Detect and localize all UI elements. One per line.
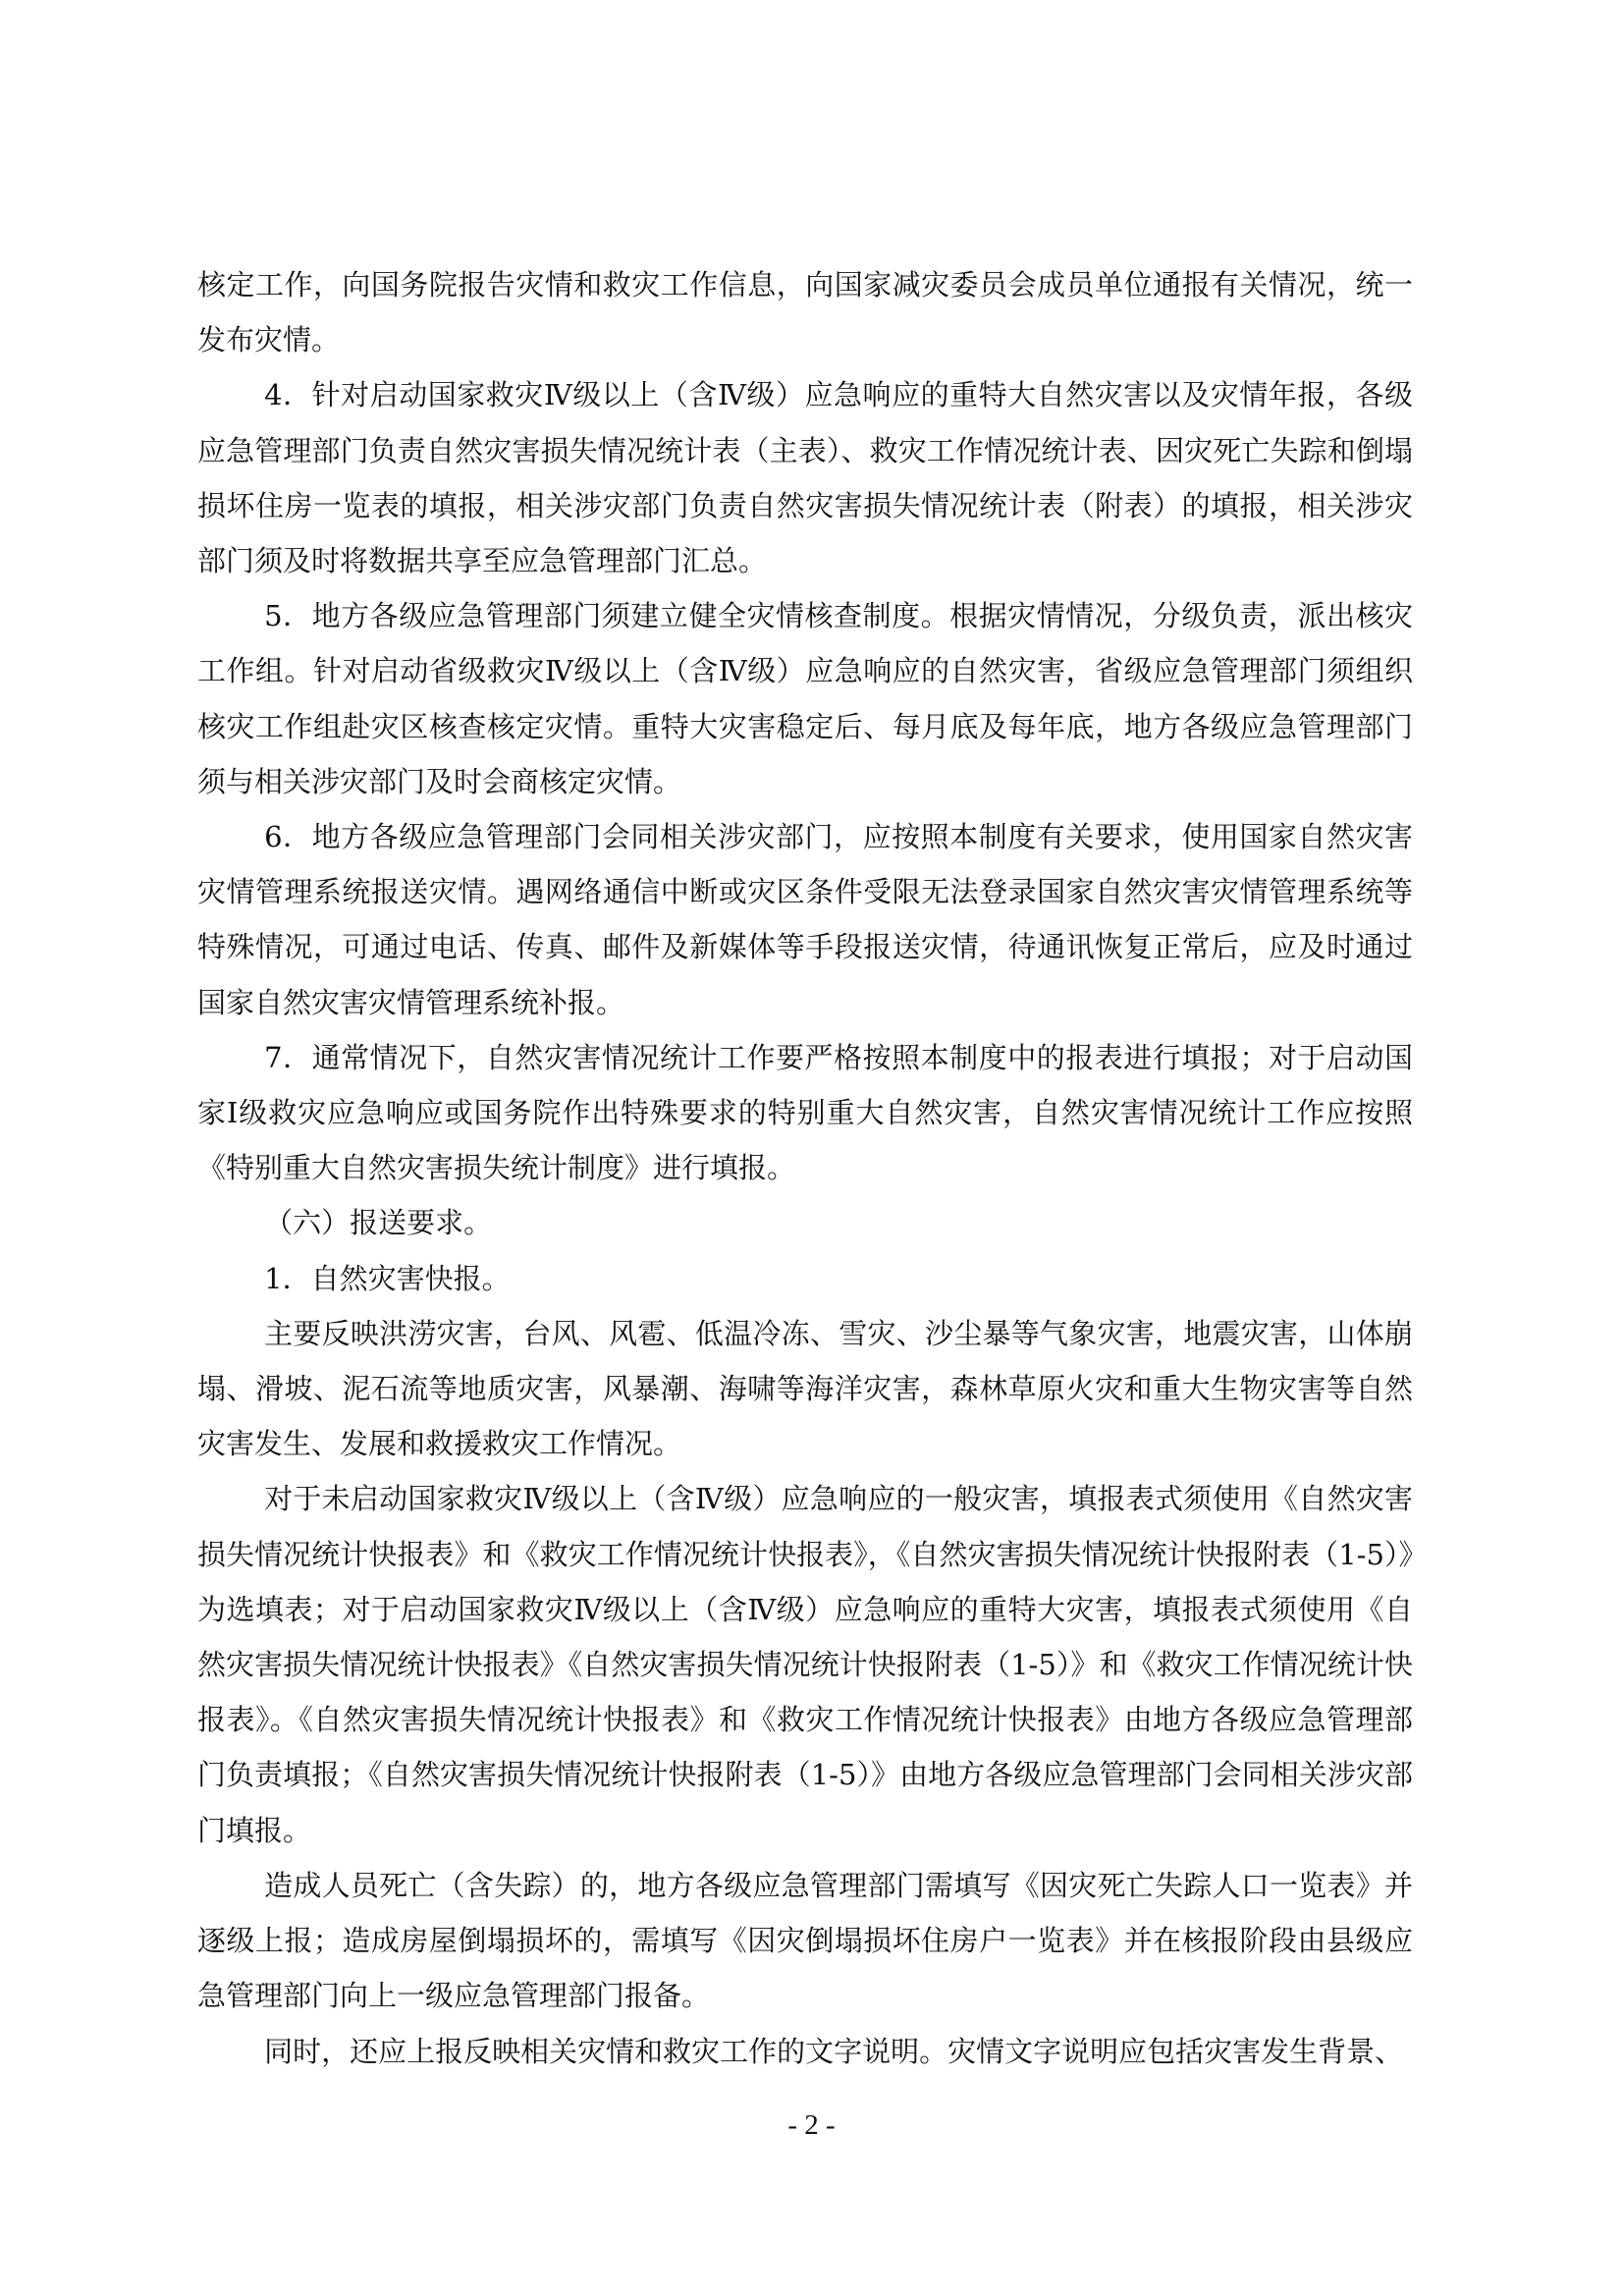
section-heading-reporting-requirements: （六）报送要求。 xyxy=(197,1195,1413,1250)
paragraph-scope: 主要反映洪涝灾害，台风、风雹、低温冷冻、雪灾、沙尘暴等气象灾害，地震灾害，山体崩… xyxy=(197,1306,1413,1472)
paragraph-text-description: 同时，还应上报反映相关灾情和救灾工作的文字说明。灾情文字说明应包括灾害发生背景、 xyxy=(197,2024,1413,2079)
paragraph-casualty-reporting: 造成人员死亡（含失踪）的，地方各级应急管理部门需填写《因灾死亡失踪人口一览表》并… xyxy=(197,1858,1413,2024)
paragraph-form-usage: 对于未启动国家救灾Ⅳ级以上（含Ⅳ级）应急响应的一般灾害，填报表式须使用《自然灾害… xyxy=(197,1471,1413,1857)
paragraph-continuation: 核定工作，向国务院报告灾情和救灾工作信息，向国家减灾委员会成员单位通报有关情况，… xyxy=(197,257,1413,367)
paragraph-item-6: 6．地方各级应急管理部门会同相关涉灾部门，应按照本制度有关要求，使用国家自然灾害… xyxy=(197,809,1413,1030)
page-number: - 2 - xyxy=(0,2109,1623,2142)
paragraph-item-5: 5．地方各级应急管理部门须建立健全灾情核查制度。根据灾情情况，分级负责，派出核灾… xyxy=(197,588,1413,809)
document-body: 核定工作，向国务院报告灾情和救灾工作信息，向国家减灾委员会成员单位通报有关情况，… xyxy=(197,257,1413,2079)
paragraph-item-4: 4．针对启动国家救灾Ⅳ级以上（含Ⅳ级）应急响应的重特大自然灾害以及灾情年报，各级… xyxy=(197,367,1413,588)
paragraph-item-7: 7．通常情况下，自然灾害情况统计工作要严格按照本制度中的报表进行填报；对于启动国… xyxy=(197,1030,1413,1196)
subheading-disaster-flash-report: 1．自然灾害快报。 xyxy=(197,1251,1413,1306)
